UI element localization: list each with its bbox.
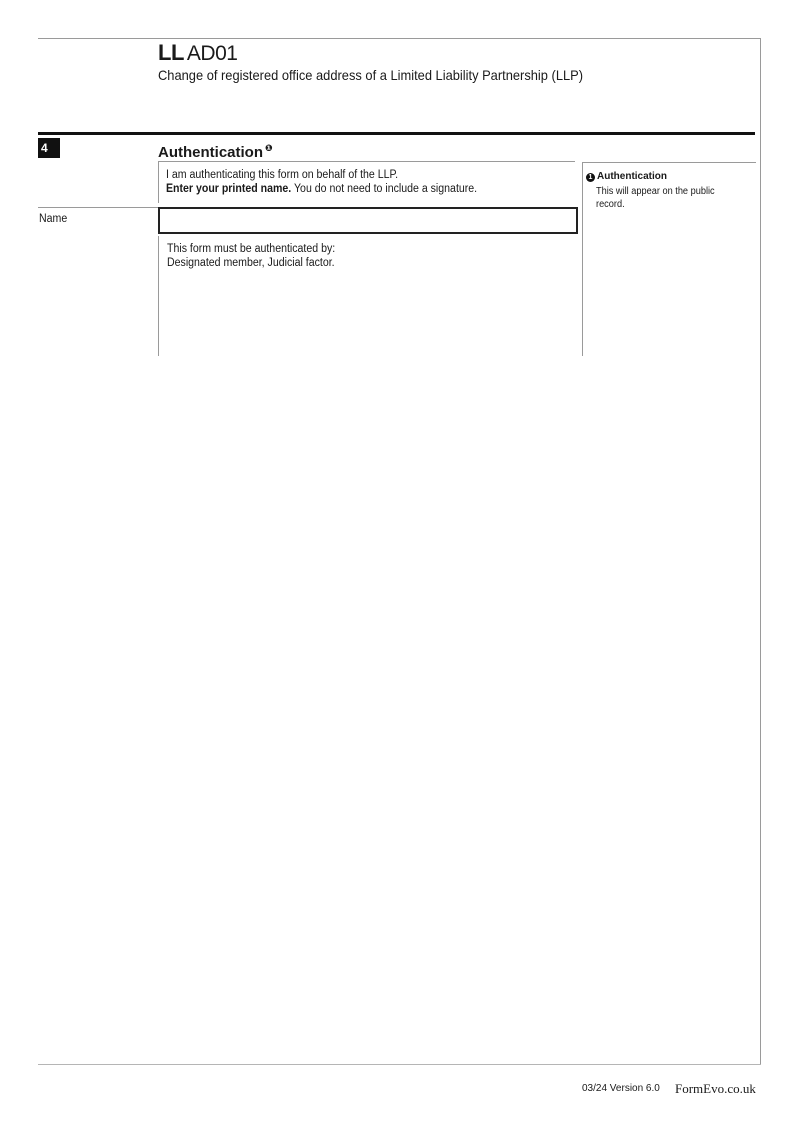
guidance-title-text: Authentication — [597, 171, 667, 182]
name-input[interactable] — [158, 207, 578, 234]
guidance-title: 1Authentication — [586, 171, 667, 183]
authenticated-by-roles: Designated member, Judicial factor. — [167, 256, 335, 270]
section-divider — [38, 132, 755, 135]
form-code: LLAD01 — [158, 40, 237, 67]
form-prefix: LL — [158, 40, 184, 65]
intro-instruction: Enter your printed name. You do not need… — [166, 182, 477, 196]
page-border-right — [760, 38, 761, 1065]
intro-instruction-rest: You do not need to include a signature. — [291, 183, 477, 195]
intro-text: I am authenticating this form on behalf … — [166, 168, 398, 182]
section-title: Authentication❶ — [158, 138, 273, 163]
guidance-body: This will appear on the public record. — [596, 185, 734, 211]
page-border-top — [38, 38, 761, 39]
name-row-divider — [38, 207, 158, 208]
footer-brand: FormEvo.co.uk — [675, 1081, 756, 1096]
name-label: Name — [39, 212, 67, 226]
intro-instruction-bold: Enter your printed name. — [166, 183, 291, 195]
section-number: 4 — [38, 138, 60, 158]
authenticated-by-box — [158, 236, 159, 356]
authenticated-by-heading: This form must be authenticated by: — [167, 242, 335, 256]
footer-version: 03/24 Version 6.0 — [582, 1083, 660, 1095]
info-icon: ❶ — [265, 143, 273, 153]
section-title-text: Authentication — [158, 144, 263, 161]
form-code-value: AD01 — [187, 42, 238, 65]
info-number-icon: 1 — [586, 173, 595, 182]
page-border-bottom — [38, 1064, 761, 1065]
form-subtitle: Change of registered office address of a… — [158, 66, 583, 84]
